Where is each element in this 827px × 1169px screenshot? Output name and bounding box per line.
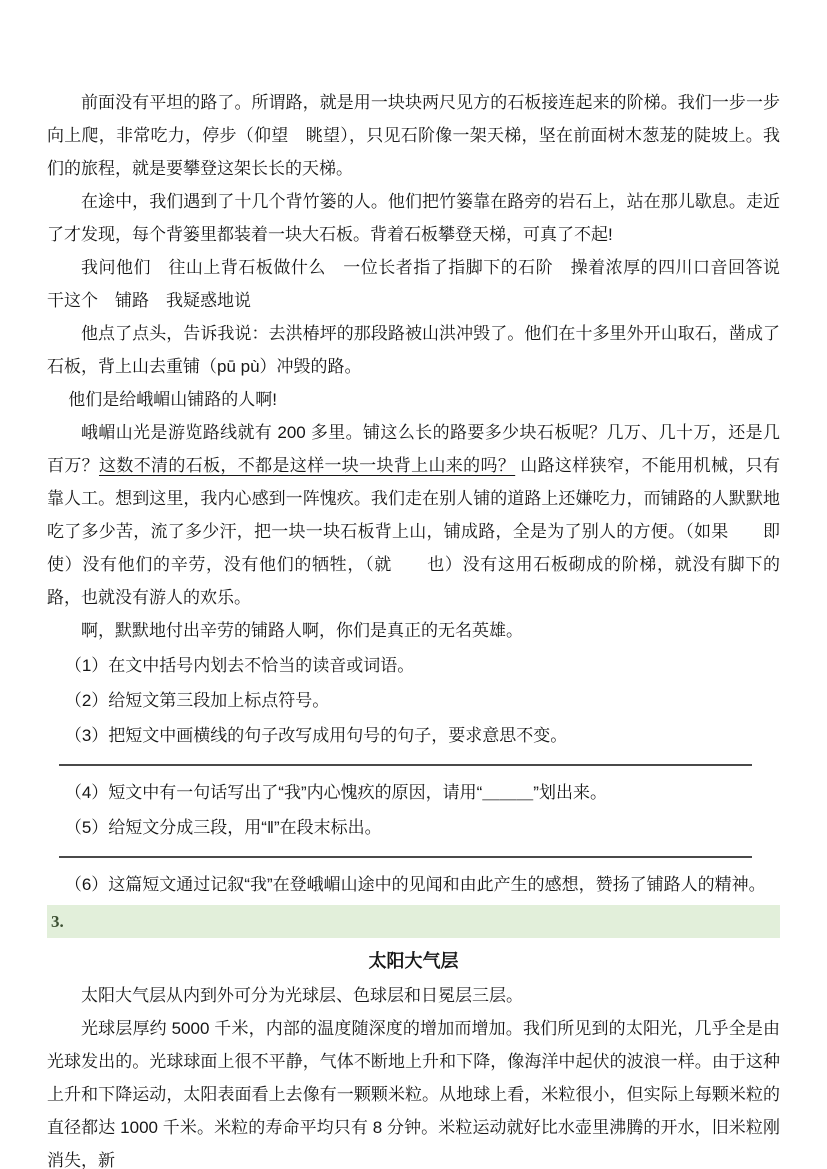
- passage1-paragraph-1: 前面没有平坦的路了。所谓路，就是用一块块两尺见方的石板接连起来的阶梯。我们一步一…: [47, 86, 780, 185]
- answer-blank-line: [59, 764, 752, 766]
- question-6: （6）这篇短文通过记叙“我”在登峨嵋山途中的见闻和由此产生的感想，赞扬了铺路人的…: [47, 868, 780, 901]
- worksheet-page: 前面没有平坦的路了。所谓路，就是用一块块两尺见方的石板接连起来的阶梯。我们一步一…: [0, 0, 827, 1169]
- section-3-marker-band: 3.: [47, 905, 780, 938]
- passage1-paragraph-3: 我问他们 往山上背石板做什么 一位长者指了指脚下的石阶 操着浓厚的四川口音回答说…: [47, 251, 780, 317]
- passage1-paragraph-4: 他点了点头，告诉我说：去洪椿坪的那段路被山洪冲毁了。他们在十多里外开山取石，凿成…: [47, 317, 780, 383]
- passage-2-reading: 太阳大气层 太阳大气层从内到外可分为光球层、色球层和日冕层三层。 光球层厚约 5…: [47, 946, 780, 1169]
- question-4: （4）短文中有一句话写出了“我”内心愧疚的原因，请用“＿＿＿”划出来。: [47, 776, 780, 809]
- underlined-sentence: 这数不清的石板，不都是这样一块一块背上山来的吗？: [99, 456, 515, 475]
- passage1-paragraph-5: 他们是给峨嵋山铺路的人啊!: [47, 383, 780, 416]
- answer-blank-line: [59, 856, 752, 858]
- passage1-paragraph-2: 在途中，我们遇到了十几个背竹篓的人。他们把竹篓靠在路旁的岩石上，站在那儿歇息。走…: [47, 185, 780, 251]
- question-2: （2）给短文第三段加上标点符号。: [47, 684, 780, 717]
- text-after-underline: 山路这样狭窄，不能用机械，只有靠人工。想到这里，我内心感到一阵愧疚。我们走在别人…: [47, 456, 780, 607]
- passage1-paragraph-6: 峨嵋山光是游览路线就有 200 多里。铺这么长的路要多少块石板呢？几万、几十万，…: [47, 416, 780, 614]
- passage-1-reading: 前面没有平坦的路了。所谓路，就是用一块块两尺见方的石板接连起来的阶梯。我们一步一…: [47, 86, 780, 901]
- passage2-title: 太阳大气层: [47, 946, 780, 977]
- passage2-paragraph-2: 光球层厚约 5000 千米，内部的温度随深度的增加而增加。我们所见到的太阳光，几…: [47, 1012, 780, 1169]
- question-1: （1）在文中括号内划去不恰当的读音或词语。: [47, 649, 780, 682]
- passage2-paragraph-1: 太阳大气层从内到外可分为光球层、色球层和日冕层三层。: [47, 979, 780, 1012]
- question-5: （5）给短文分成三段，用“‖”在段末标出。: [47, 811, 780, 844]
- question-3: （3）把短文中画横线的句子改写成用句号的句子，要求意思不变。: [47, 719, 780, 752]
- passage1-closing-line: 啊，默默地付出辛劳的铺路人啊，你们是真正的无名英雄。: [47, 614, 780, 647]
- section-number: 3.: [51, 912, 64, 932]
